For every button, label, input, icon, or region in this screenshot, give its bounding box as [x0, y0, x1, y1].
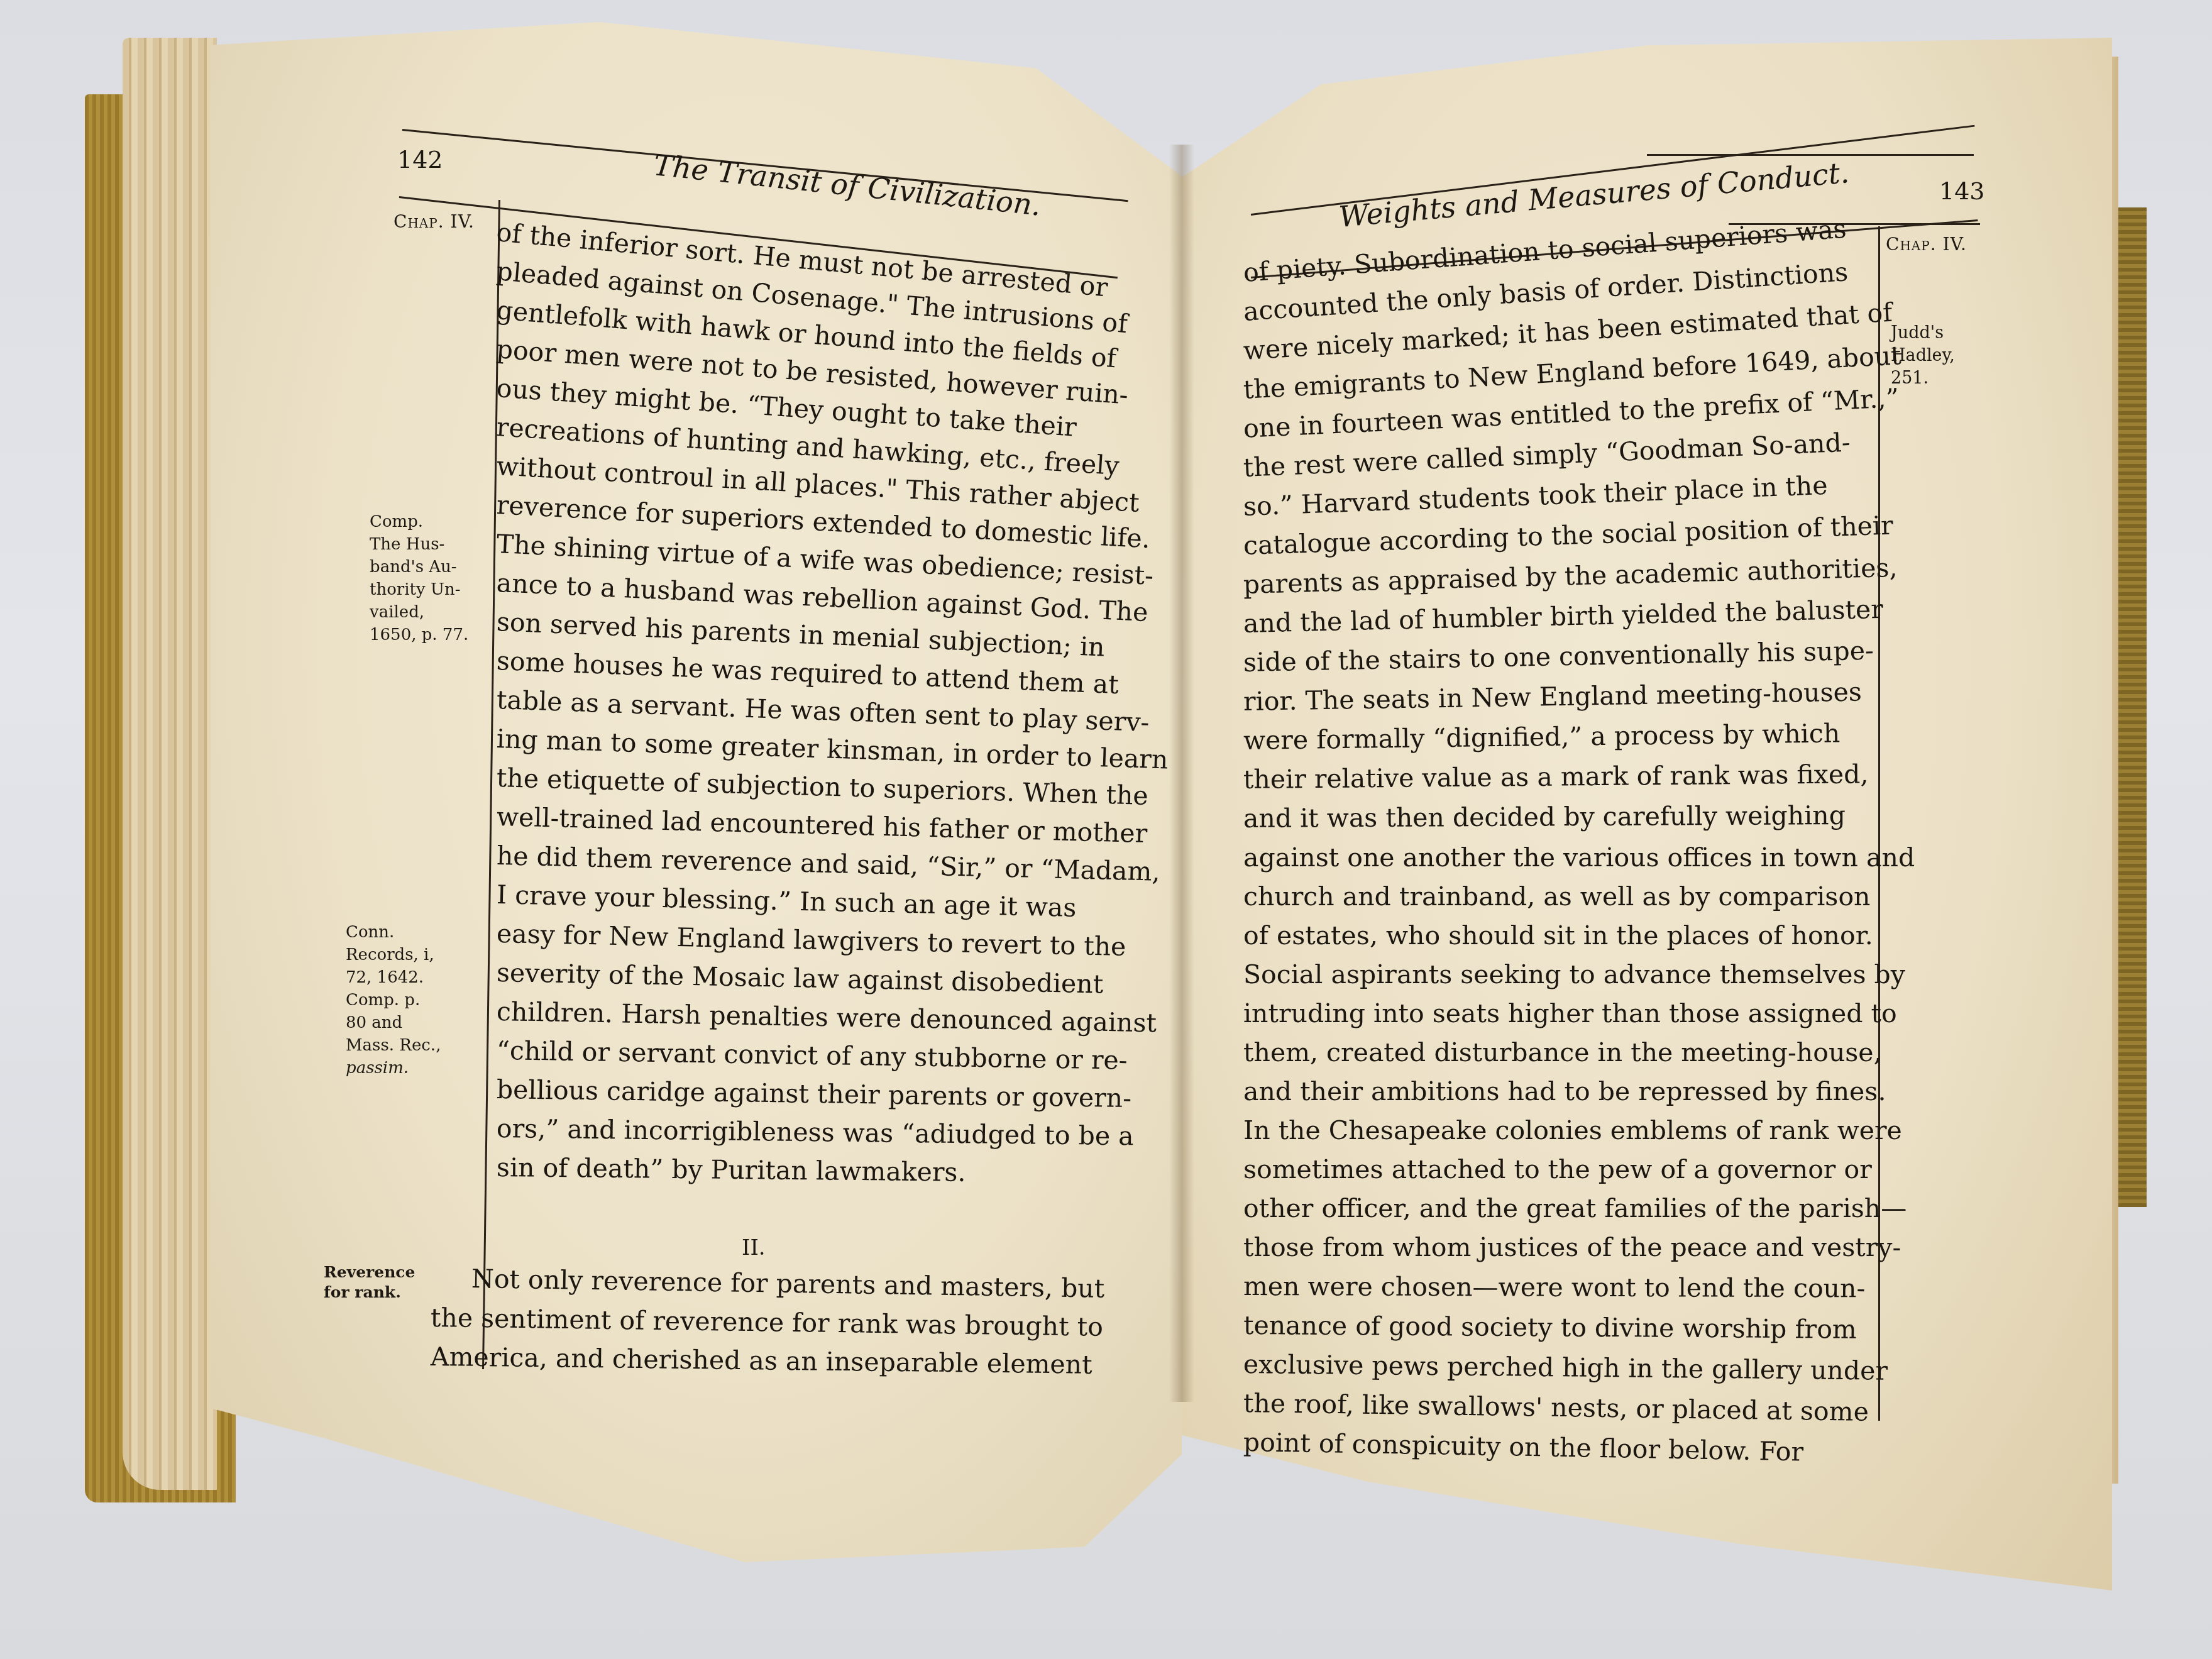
- note-line: vailed,: [370, 601, 468, 624]
- note-line: 1650, p. 77.: [370, 624, 468, 646]
- text-line: and it was then decided by carefully wei…: [1243, 800, 1846, 834]
- text-line: their relative value as a mark of rank w…: [1243, 759, 1869, 795]
- note-line: 251.: [1891, 367, 1955, 390]
- text-line: tenance of good society to divine worshi…: [1243, 1310, 1857, 1345]
- page-number: 143: [1939, 177, 1985, 205]
- text-line: In the Chesapeake colonies emblems of ra…: [1243, 1115, 1902, 1145]
- text-line: other officer, and the great families of…: [1243, 1193, 1907, 1223]
- text-line: Social aspirants seeking to advance them…: [1243, 959, 1905, 989]
- text-line: them, created disturbance in the meeting…: [1243, 1037, 1882, 1067]
- note-line: 72, 1642.: [346, 966, 441, 989]
- section-number: II.: [742, 1235, 766, 1260]
- note-line: Mass. Rec.,: [346, 1034, 441, 1057]
- note-line: Comp. p.: [346, 989, 441, 1011]
- note-line: thority Un-: [370, 578, 468, 601]
- margin-note-conn-records: Conn. Records, i, 72, 1642. Comp. p. 80 …: [346, 921, 441, 1079]
- text-line: sin of death” by Puritan lawmakers.: [497, 1152, 966, 1188]
- note-line: Comp.: [370, 510, 468, 533]
- text-line: sometimes attached to the pew of a gover…: [1243, 1154, 1872, 1184]
- text-line: against one another the various offices …: [1243, 842, 1915, 873]
- chapter-label: Chap. IV.: [393, 211, 475, 232]
- margin-note-husbands-authority: Comp. The Hus- band's Au- thority Un- va…: [370, 510, 468, 646]
- note-line: for rank.: [324, 1282, 415, 1303]
- text-line: those from whom justices of the peace an…: [1243, 1232, 1901, 1262]
- note-line: band's Au-: [370, 556, 468, 578]
- note-line: Conn.: [346, 921, 441, 944]
- chapter-label: Chap. IV.: [1886, 234, 1967, 255]
- book-gutter: [1169, 145, 1194, 1402]
- page-number: 142: [397, 146, 443, 174]
- text-line: of estates, who should sit in the places…: [1243, 920, 1873, 951]
- note-line: Records, i,: [346, 944, 441, 966]
- text-line: men were chosen—were wont to lend the co…: [1243, 1271, 1865, 1303]
- page-edges-left: [123, 38, 217, 1490]
- text-line: intruding into seats higher than those a…: [1243, 998, 1897, 1028]
- text-line: church and trainband, as well as by comp…: [1243, 881, 1871, 912]
- text-line: and their ambitions had to be repressed …: [1243, 1076, 1886, 1106]
- note-line: Reverence: [324, 1262, 415, 1282]
- margin-note-reverence-for-rank: Reverence for rank.: [324, 1262, 415, 1303]
- note-line: The Hus-: [370, 533, 468, 556]
- note-line-italic: passim.: [346, 1059, 409, 1078]
- note-line: 80 and: [346, 1011, 441, 1034]
- header-rule-top-flat: [1647, 154, 1974, 156]
